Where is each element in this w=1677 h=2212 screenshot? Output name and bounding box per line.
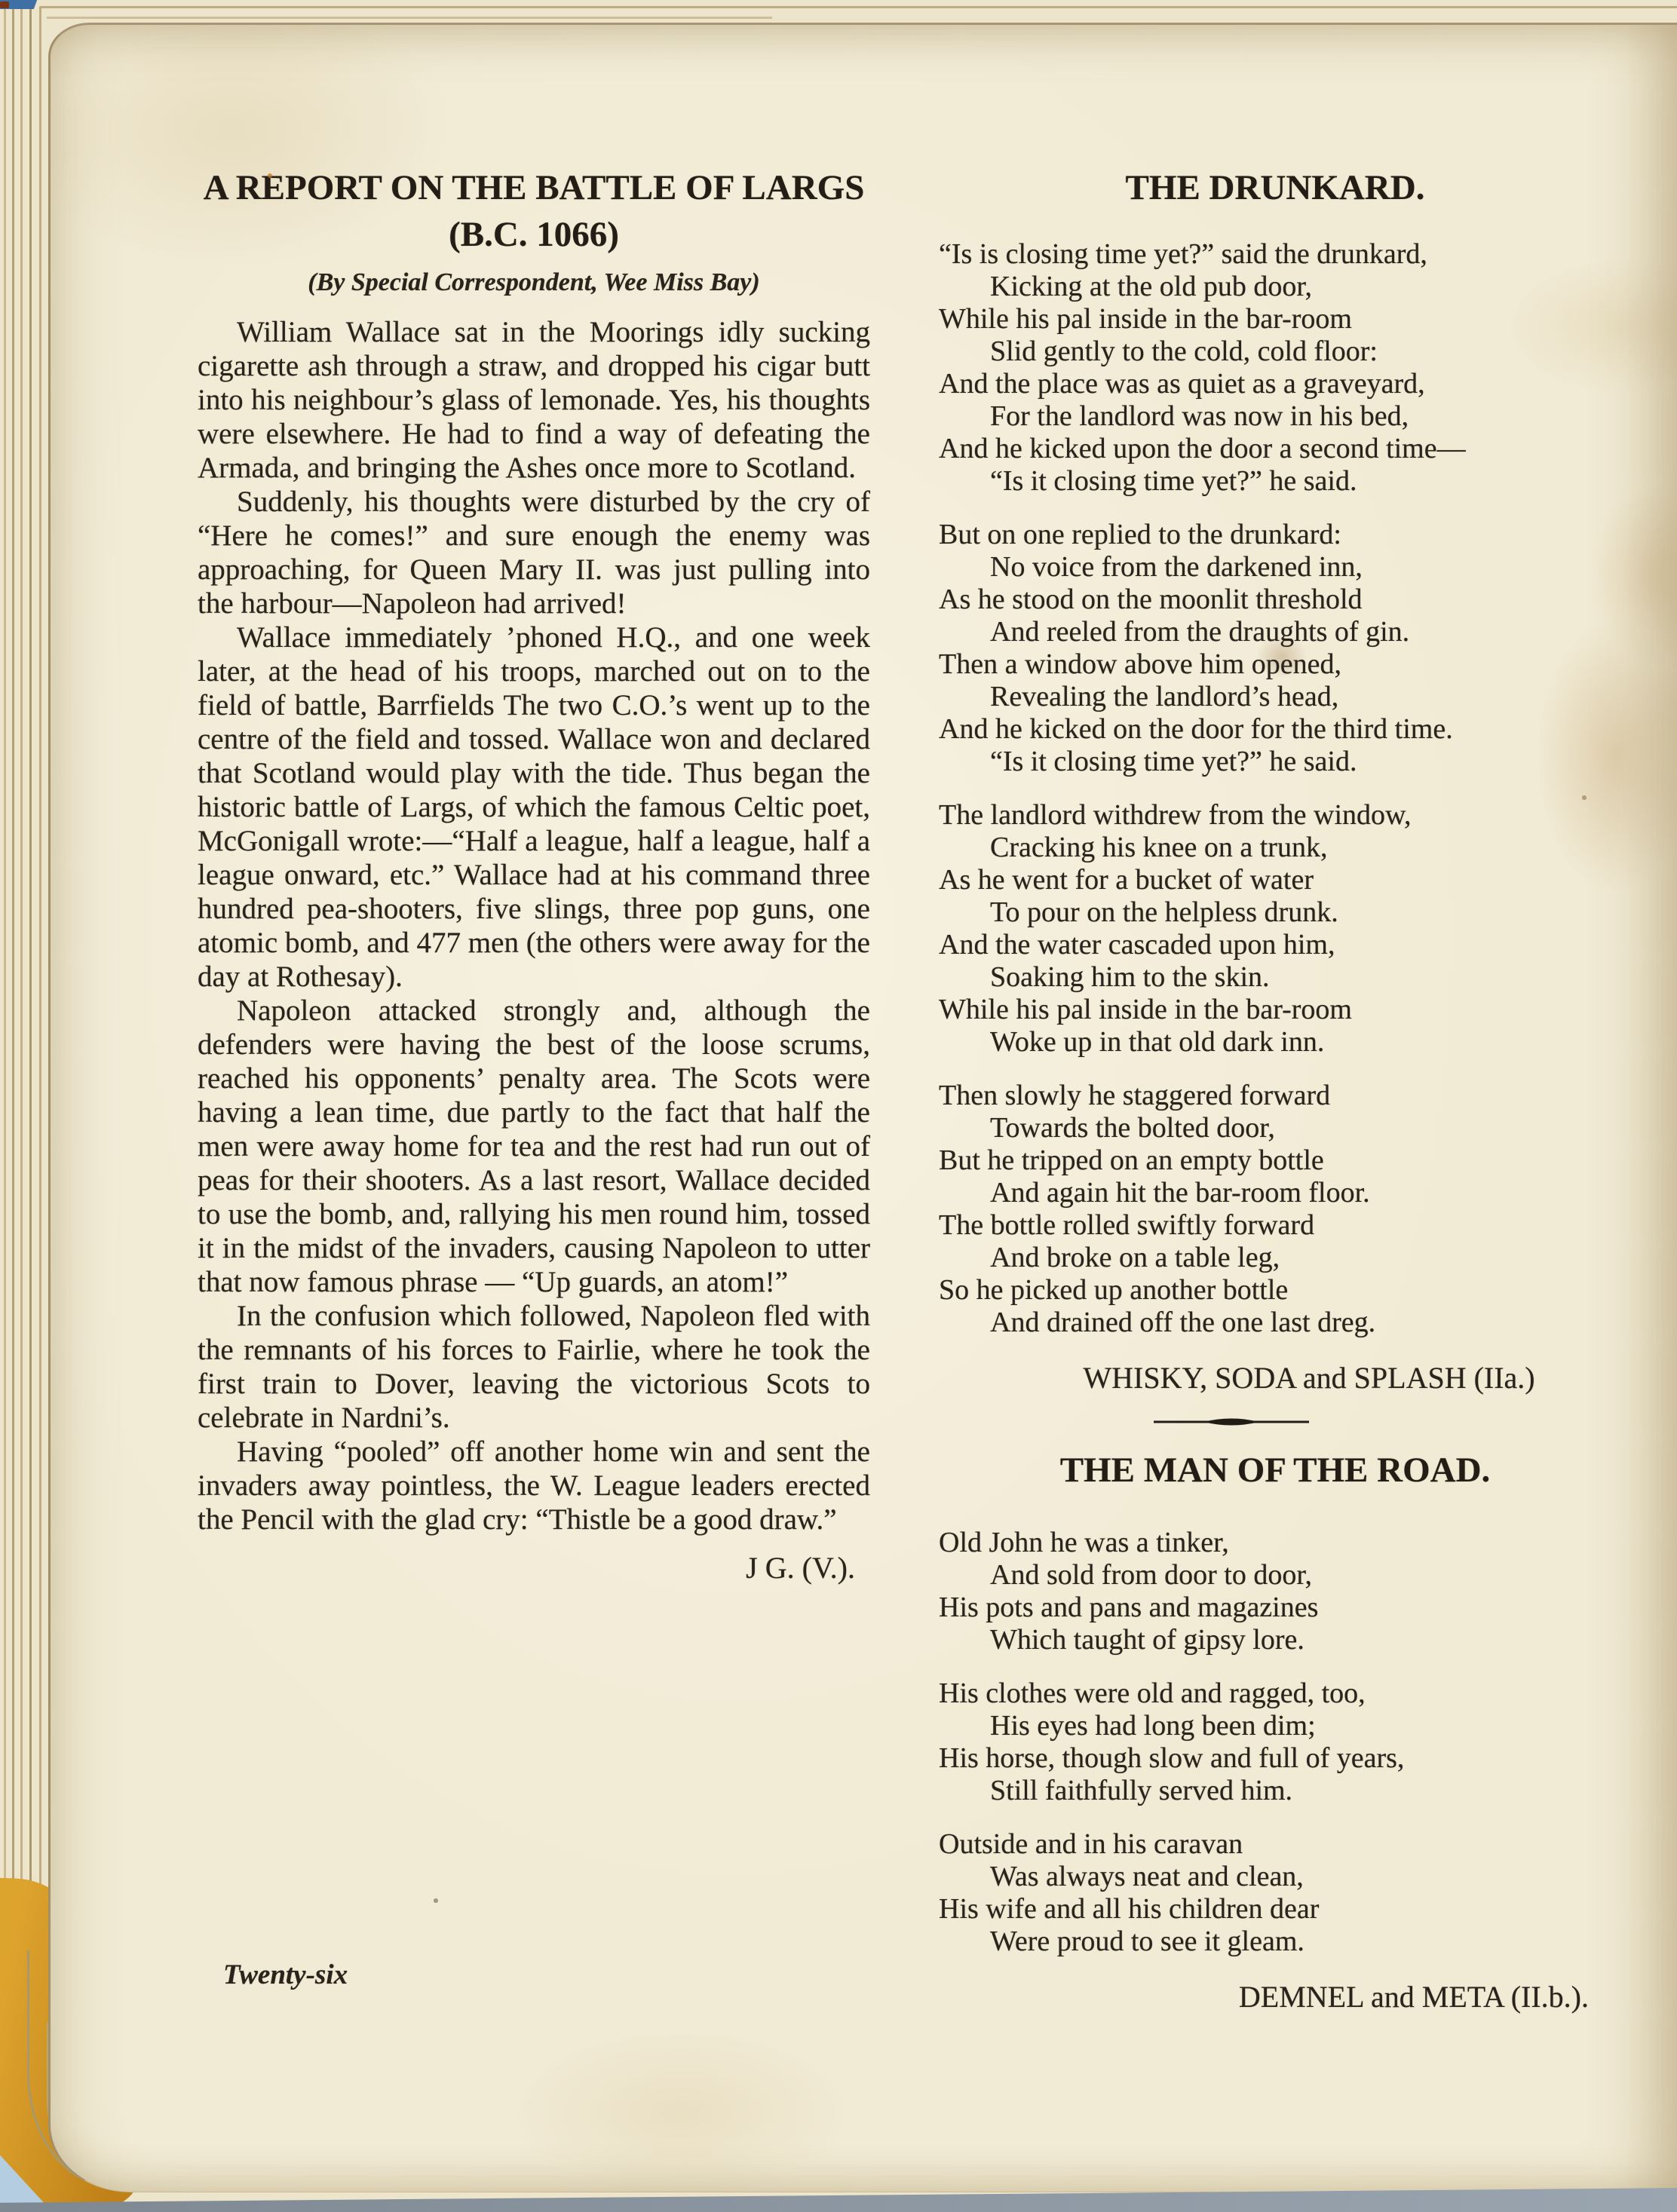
page-edge-line — [20, 6, 23, 2174]
article-byline: (By Special Correspondent, Wee Miss Bay) — [198, 268, 870, 297]
poem-line: As he stood on the moonlit threshold — [939, 584, 1611, 616]
poem-line: Woke up in that old dark inn. — [939, 1026, 1611, 1059]
poem-title-man-of-road: THE MAN OF THE ROAD. — [939, 1447, 1611, 1494]
scanned-magazine-page: A REPORT ON THE BATTLE OF LARGS (B.C. 10… — [0, 0, 1677, 2212]
poem-man-of-road-signature: DEMNEL and META (II.b.). — [939, 1979, 1611, 2014]
poem-line: And again hit the bar-room floor. — [939, 1177, 1611, 1209]
page-edge-line — [41, 6, 1677, 8]
poem-line: But on one replied to the drunkard: — [939, 519, 1611, 551]
poem-line: Then a window above him opened, — [939, 648, 1611, 681]
paragraph: Wallace immediately ’phoned H.Q., and on… — [198, 620, 870, 994]
poem-line: And sold from door to door, — [939, 1559, 1611, 1592]
poem-line: His eyes had long been dim; — [939, 1710, 1611, 1742]
poem-line: His wife and all his children dear — [939, 1893, 1611, 1926]
stanza: “Is is closing time yet?” said the drunk… — [939, 238, 1611, 498]
poem-line: For the landlord was now in his bed, — [939, 400, 1611, 433]
page-number: Twenty-six — [223, 1959, 348, 1991]
poem-line: No voice from the darkened inn, — [939, 551, 1611, 584]
poem-line: Cracking his knee on a trunk, — [939, 832, 1611, 864]
paragraph: Having “pooled” off another home win and… — [198, 1435, 870, 1536]
poem-line: Kicking at the old pub door, — [939, 271, 1611, 303]
poem-line: And broke on a table leg, — [939, 1242, 1611, 1274]
poem-line: Was always neat and clean, — [939, 1861, 1611, 1893]
poem-line: His clothes were old and ragged, too, — [939, 1677, 1611, 1710]
page-edge-line — [4, 6, 6, 2174]
page-edge-line — [39, 6, 41, 2174]
poem-line: As he went for a bucket of water — [939, 864, 1611, 896]
stanza: Outside and in his caravanWas always nea… — [939, 1828, 1611, 1958]
article-signature: J G. (V.). — [198, 1550, 870, 1585]
poem-line: And the water cascaded upon him, — [939, 929, 1611, 961]
poem-line: Revealing the landlord’s head, — [939, 681, 1611, 713]
poem-line: His pots and pans and magazines — [939, 1592, 1611, 1624]
page-edge-line — [29, 6, 32, 2174]
poem-line: And drained off the one last dreg. — [939, 1307, 1611, 1339]
poem-line: And he kicked on the door for the third … — [939, 713, 1611, 746]
article-body: William Wallace sat in the Moorings idly… — [198, 315, 870, 1536]
poem-man-of-road: Old John he was a tinker,And sold from d… — [939, 1527, 1611, 1958]
article-title-line1: A REPORT ON THE BATTLE OF LARGS — [204, 168, 865, 207]
poem-line: “Is it closing time yet?” he said. — [939, 746, 1611, 778]
poem-drunkard: “Is is closing time yet?” said the drunk… — [939, 238, 1611, 1339]
poem-line: And the place was as quiet as a graveyar… — [939, 368, 1611, 400]
poem-line: So he picked up another bottle — [939, 1274, 1611, 1307]
stanza: Old John he was a tinker,And sold from d… — [939, 1527, 1611, 1656]
paragraph: In the confusion which followed, Napoleo… — [198, 1299, 870, 1435]
stanza: But on one replied to the drunkard:No vo… — [939, 519, 1611, 778]
poem-title-drunkard: THE DRUNKARD. — [939, 164, 1611, 211]
article-title: A REPORT ON THE BATTLE OF LARGS (B.C. 10… — [198, 164, 870, 258]
page-edge-line — [47, 17, 772, 19]
poem-line: Still faithfully served him. — [939, 1775, 1611, 1807]
left-column: A REPORT ON THE BATTLE OF LARGS (B.C. 10… — [198, 164, 870, 1585]
poem-line: While his pal inside in the bar-room — [939, 994, 1611, 1026]
stanza: His clothes were old and ragged, too,His… — [939, 1677, 1611, 1807]
poem-line: The bottle rolled swiftly forward — [939, 1209, 1611, 1242]
poem-line: But he tripped on an empty bottle — [939, 1144, 1611, 1177]
poem-drunkard-signature: WHISKY, SODA and SPLASH (IIa.) — [973, 1360, 1645, 1396]
poem-line: Slid gently to the cold, cold floor: — [939, 335, 1611, 368]
book-cover-top-dot — [0, 2, 9, 8]
poem-line: Soaking him to the skin. — [939, 961, 1611, 994]
section-divider — [1152, 1415, 1311, 1429]
poem-line: “Is is closing time yet?” said the drunk… — [939, 238, 1611, 271]
poem-line: Towards the bolted door, — [939, 1112, 1611, 1144]
page-edge-line — [12, 6, 14, 2174]
poem-line: Then slowly he staggered forward — [939, 1080, 1611, 1112]
paragraph: Napoleon attacked strongly and, although… — [198, 994, 870, 1299]
poem-line: While his pal inside in the bar-room — [939, 303, 1611, 335]
poem-line: And he kicked upon the door a second tim… — [939, 433, 1611, 465]
paragraph: Suddenly, his thoughts were disturbed by… — [198, 485, 870, 620]
right-column: THE DRUNKARD. “Is is closing time yet?” … — [939, 164, 1611, 2014]
poem-line: His horse, though slow and full of years… — [939, 1742, 1611, 1775]
poem-line: To pour on the helpless drunk. — [939, 896, 1611, 929]
poem-line: Were proud to see it gleam. — [939, 1926, 1611, 1958]
poem-line: Old John he was a tinker, — [939, 1527, 1611, 1559]
article-title-line2: (B.C. 1066) — [449, 215, 619, 254]
poem-line: “Is it closing time yet?” he said. — [939, 465, 1611, 498]
paragraph: William Wallace sat in the Moorings idly… — [198, 315, 870, 485]
stanza: The landlord withdrew from the window,Cr… — [939, 799, 1611, 1059]
poem-line: Outside and in his caravan — [939, 1828, 1611, 1861]
poem-line: The landlord withdrew from the window, — [939, 799, 1611, 832]
stanza: Then slowly he staggered forwardTowards … — [939, 1080, 1611, 1339]
poem-line: And reeled from the draughts of gin. — [939, 616, 1611, 648]
poem-line: Which taught of gipsy lore. — [939, 1624, 1611, 1656]
